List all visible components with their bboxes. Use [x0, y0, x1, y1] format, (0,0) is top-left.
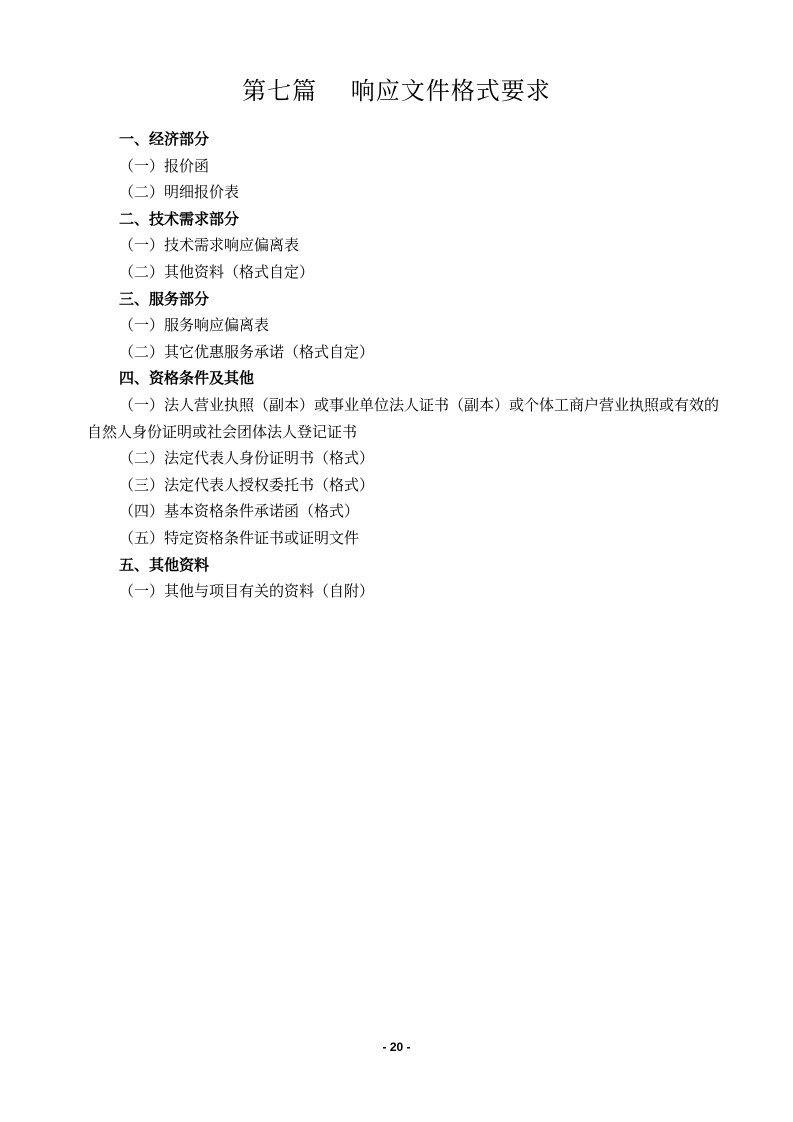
section-heading-economic: 一、经济部分 [87, 126, 727, 153]
page-title: 第七篇 响应文件格式要求 [0, 74, 793, 108]
list-item: （一）服务响应偏离表 [87, 312, 727, 339]
list-item: （一）报价函 [87, 153, 727, 180]
section-heading-service: 三、服务部分 [87, 286, 727, 313]
list-item: （二）法定代表人身份证明书（格式） [87, 445, 727, 472]
document-body: 一、经济部分 （一）报价函 （二）明细报价表 二、技术需求部分 （一）技术需求响… [87, 126, 727, 605]
list-item: （二）明细报价表 [87, 179, 727, 206]
page-number: - 20 - [0, 1040, 793, 1054]
list-item: （一）其他与项目有关的资料（自附） [87, 578, 727, 605]
list-item: （二）其他资料（格式自定） [87, 259, 727, 286]
section-heading-other: 五、其他资料 [87, 552, 727, 579]
list-item: （五）特定资格条件证书或证明文件 [87, 525, 727, 552]
list-item: （一）法人营业执照（副本）或事业单位法人证书（副本）或个体工商户营业执照或有效的… [87, 392, 727, 445]
list-item: （一）技术需求响应偏离表 [87, 232, 727, 259]
list-item: （四）基本资格条件承诺函（格式） [87, 498, 727, 525]
list-item: （二）其它优惠服务承诺（格式自定） [87, 339, 727, 366]
section-heading-qualification: 四、资格条件及其他 [87, 365, 727, 392]
section-heading-technical: 二、技术需求部分 [87, 206, 727, 233]
list-item: （三）法定代表人授权委托书（格式） [87, 472, 727, 499]
